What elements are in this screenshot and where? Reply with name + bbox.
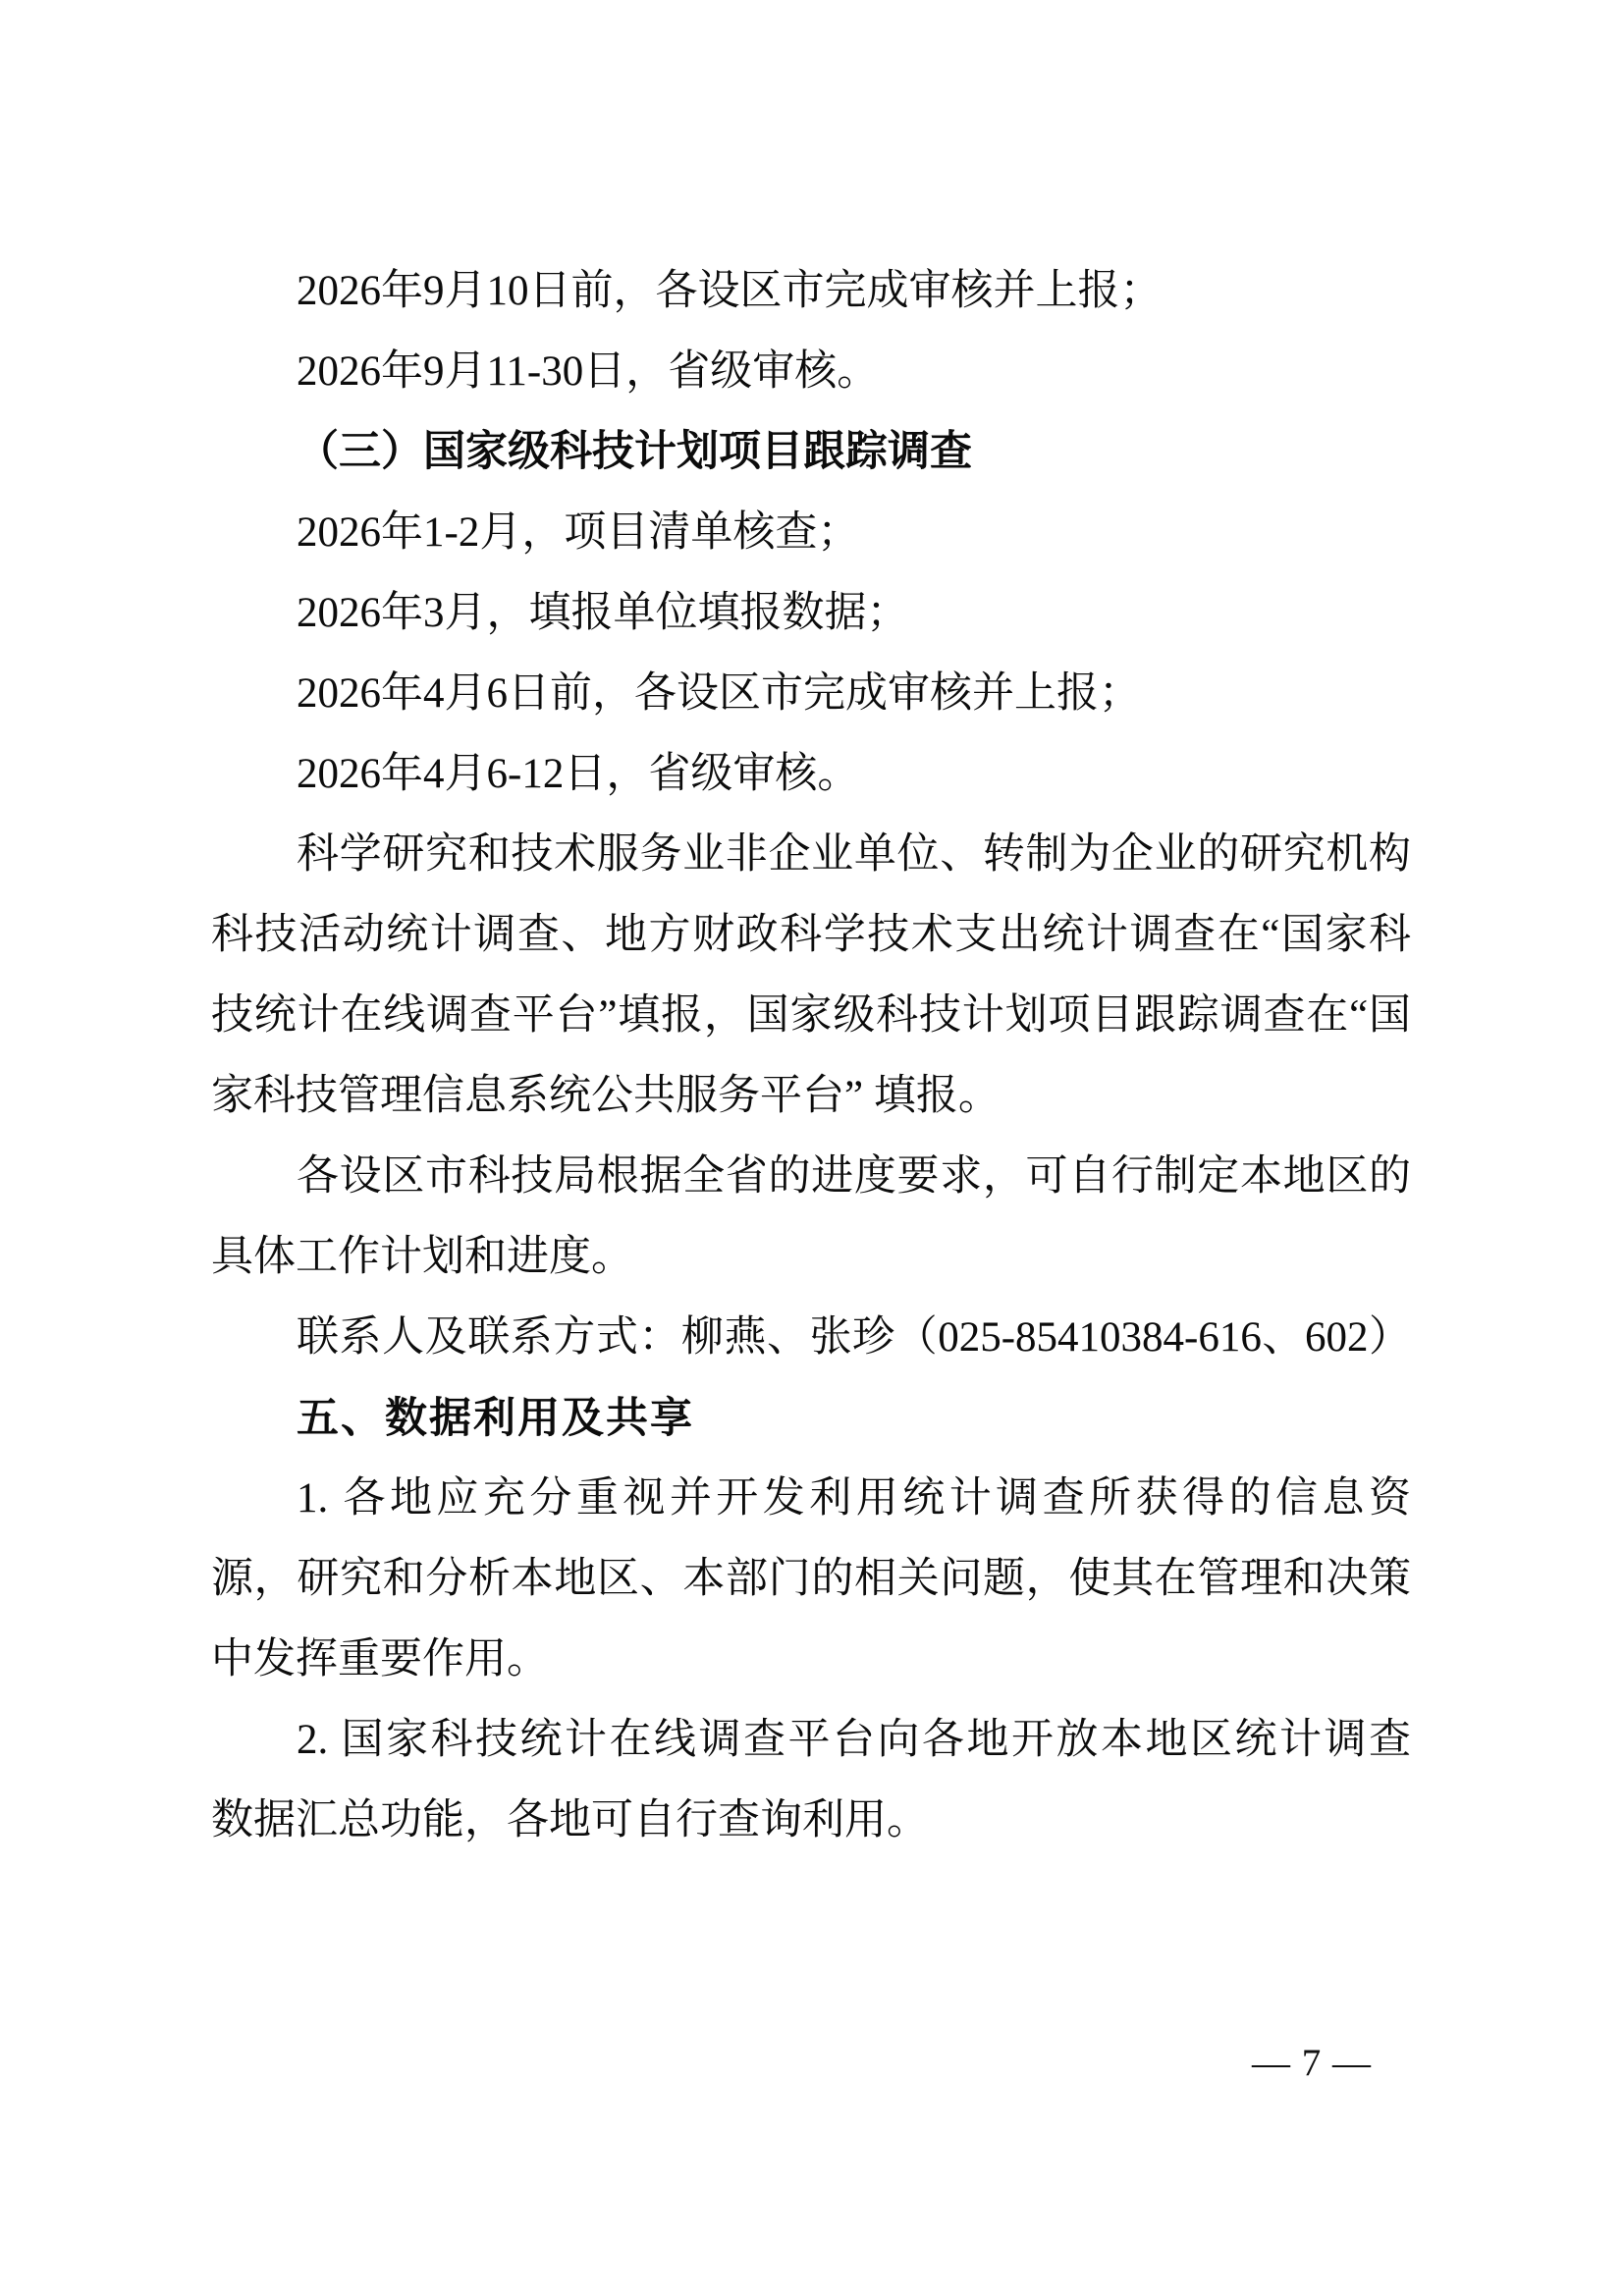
doc-line-item-1b: 源，研究和分析本地区、本部门的相关问题，使其在管理和决策 bbox=[211, 1539, 1411, 1620]
doc-line-item-1a: 1. 各地应充分重视并开发利用统计调查所获得的信息资 bbox=[211, 1459, 1411, 1539]
doc-line-schedule-6: 2026年4月6-12日，省级审核。 bbox=[211, 734, 1411, 815]
doc-line-item-2b: 数据汇总功能，各地可自行查询利用。 bbox=[211, 1781, 1411, 1861]
body-text: 2026年9月10日前，各设区市完成审核并上报； 2026年9月11-30日，省… bbox=[211, 251, 1411, 1861]
page-number: — 7 — bbox=[1252, 2041, 1372, 2085]
doc-line-paragraph-1a: 科学研究和技术服务业非企业单位、转制为企业的研究机构 bbox=[211, 815, 1411, 895]
doc-line-item-2a: 2. 国家科技统计在线调查平台向各地开放本地区统计调查 bbox=[211, 1700, 1411, 1781]
doc-line-schedule-4: 2026年3月，填报单位填报数据； bbox=[211, 573, 1411, 654]
doc-line-schedule-1: 2026年9月10日前，各设区市完成审核并上报； bbox=[211, 251, 1411, 332]
doc-line-paragraph-1d: 家科技管理信息系统公共服务平台” 填报。 bbox=[211, 1056, 1411, 1137]
document-page: 2026年9月10日前，各设区市完成审核并上报； 2026年9月11-30日，省… bbox=[0, 0, 1624, 2296]
doc-line-paragraph-2b: 具体工作计划和进度。 bbox=[211, 1217, 1411, 1298]
doc-line-item-1c: 中发挥重要作用。 bbox=[211, 1620, 1411, 1700]
doc-line-paragraph-1c: 技统计在线调查平台”填报，国家级科技计划项目跟踪调查在“国 bbox=[211, 976, 1411, 1056]
subsection-heading-3: （三）国家级科技计划项目跟踪调查 bbox=[211, 412, 1411, 493]
doc-line-schedule-3: 2026年1-2月，项目清单核查； bbox=[211, 493, 1411, 573]
doc-line-contact-info: 联系人及联系方式：柳燕、张珍（025-85410384-616、602） bbox=[211, 1298, 1411, 1378]
doc-line-paragraph-1b: 科技活动统计调查、地方财政科学技术支出统计调查在“国家科 bbox=[211, 895, 1411, 976]
doc-line-schedule-2: 2026年9月11-30日，省级审核。 bbox=[211, 332, 1411, 412]
section-heading-5: 五、数据利用及共享 bbox=[211, 1378, 1411, 1459]
doc-line-paragraph-2a: 各设区市科技局根据全省的进度要求，可自行制定本地区的 bbox=[211, 1137, 1411, 1217]
doc-line-schedule-5: 2026年4月6日前，各设区市完成审核并上报； bbox=[211, 654, 1411, 734]
